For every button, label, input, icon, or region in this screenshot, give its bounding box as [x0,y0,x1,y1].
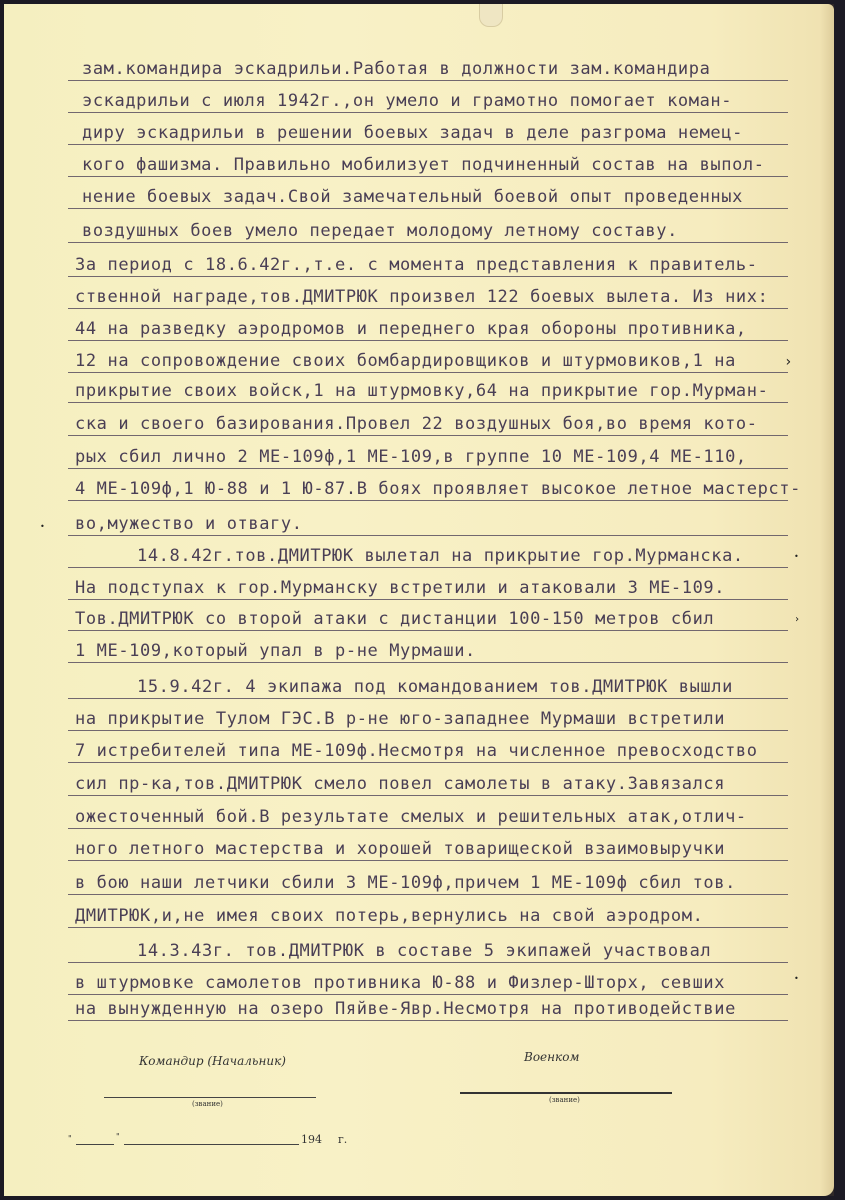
ruled-line [68,927,788,928]
typed-line: ожесточенный бой.В результате смелых и р… [75,806,747,828]
ruled-line [68,80,788,81]
ruled-line [68,599,788,600]
typed-line: эскадрильи с июля 1942г.,он умело и грам… [82,90,732,112]
typed-line: 14.8.42г.тов.ДМИТРЮК вылетал на прикрыти… [137,545,744,567]
ruled-line [68,468,788,469]
margin-mark: › [784,354,792,370]
typed-line: сил пр-ка,тов.ДМИТРЮК смело повел самоле… [75,773,725,795]
ruled-line [68,144,788,145]
ruled-line [68,894,788,895]
commissar-rank-caption: (звание) [549,1096,580,1104]
commissar-signature-line [460,1092,672,1094]
typed-line: во,мужество и отвагу. [75,513,303,535]
typed-line: 7 истребителей типа МЕ-109ф.Несмотря на … [75,740,758,762]
margin-dot: • [40,522,45,531]
margin-mark: › [794,614,800,625]
ruled-line [68,112,788,113]
ruled-line [68,860,788,861]
typed-line: ДМИТРЮК,и,не имея своих потерь,вернулись… [75,905,703,927]
typed-line: 12 на сопровождение своих бомбардировщик… [75,350,736,372]
year-suffix: г. [338,1133,347,1146]
commander-signature-line [104,1097,316,1098]
ruled-line [68,698,788,699]
typed-line: 4 МЕ-109ф,1 Ю-88 и 1 Ю-87.В боях проявля… [75,478,801,500]
commissar-label: Военком [524,1050,579,1064]
commander-rank-caption: (звание) [192,1100,223,1108]
ruled-line [68,402,788,403]
typed-line: На подступах к гор.Мурманску встретили и… [75,577,725,599]
date-close-quote: " [116,1132,120,1141]
typed-line: рых сбил лично 2 МЕ-109ф,1 МЕ-109,в груп… [75,446,747,468]
typed-line: ственной награде,тов.ДМИТРЮК произвел 12… [75,286,768,308]
margin-dot: • [794,552,799,561]
commander-label: Командир (Начальник) [139,1054,286,1068]
typed-line: зам.командира эскадрильи.Работая в должн… [82,58,710,80]
ruled-line [68,795,788,796]
paper-fold-mark [479,4,503,27]
ruled-line [68,962,788,963]
typed-line: воздушных боев умело передает молодому л… [82,220,678,242]
typed-line: кого фашизма. Правильно мобилизует подчи… [82,154,765,176]
month-blank [124,1144,299,1145]
ruled-line [68,762,788,763]
ruled-line [68,435,788,436]
ruled-line [68,500,788,501]
ruled-line [68,1020,788,1021]
ruled-line [68,276,788,277]
document-page: зам.командира эскадрильи.Работая в должн… [4,4,834,1196]
typed-line: 1 МЕ-109,который упал в р-не Мурмаши. [75,640,476,662]
ruled-line [68,994,788,995]
typed-line: За период с 18.6.42г.,т.е. с момента пре… [75,254,758,276]
ruled-line [68,567,788,568]
typed-line: в бою наши летчики сбили 3 МЕ-109ф,приче… [75,872,736,894]
date-open-quote: " [68,1134,72,1143]
typed-line: нение боевых задач.Свой замечательный бо… [82,186,743,208]
typed-line: Тов.ДМИТРЮК со второй атаки с дистанции … [75,608,714,630]
typed-line: на вынужденную на озеро Пяйве-Явр.Несмот… [75,998,736,1020]
typed-line: 15.9.42г. 4 экипажа под командованием то… [137,676,733,698]
day-blank [76,1144,114,1145]
ruled-line [68,176,788,177]
typed-line: ного летного мастерства и хорошей товари… [75,838,725,860]
typed-line: прикрытие своих войск,1 на штурмовку,64 … [75,380,768,402]
ruled-line [68,242,788,243]
ruled-line [68,340,788,341]
typed-line: 44 на разведку аэродромов и переднего кр… [75,318,747,340]
ruled-line [68,730,788,731]
ruled-line [68,208,788,209]
ruled-line [68,308,788,309]
ruled-line [68,630,788,631]
year-prefix: 194 [301,1133,322,1146]
ruled-line [68,828,788,829]
typed-line: диру эскадрильи в решении боевых задач в… [82,122,743,144]
ruled-line [68,535,788,536]
typed-line: ска и своего базирования.Провел 22 возду… [75,413,758,435]
typed-line: на прикрытие Тулом ГЭС.В р-не юго-западн… [75,708,725,730]
typed-line: в штурмовке самолетов противника Ю-88 и … [75,972,725,994]
ruled-line [68,372,788,373]
margin-dot: • [794,974,799,983]
typed-line: 14.3.43г. тов.ДМИТРЮК в составе 5 экипаж… [137,940,711,962]
ruled-line [68,662,788,663]
